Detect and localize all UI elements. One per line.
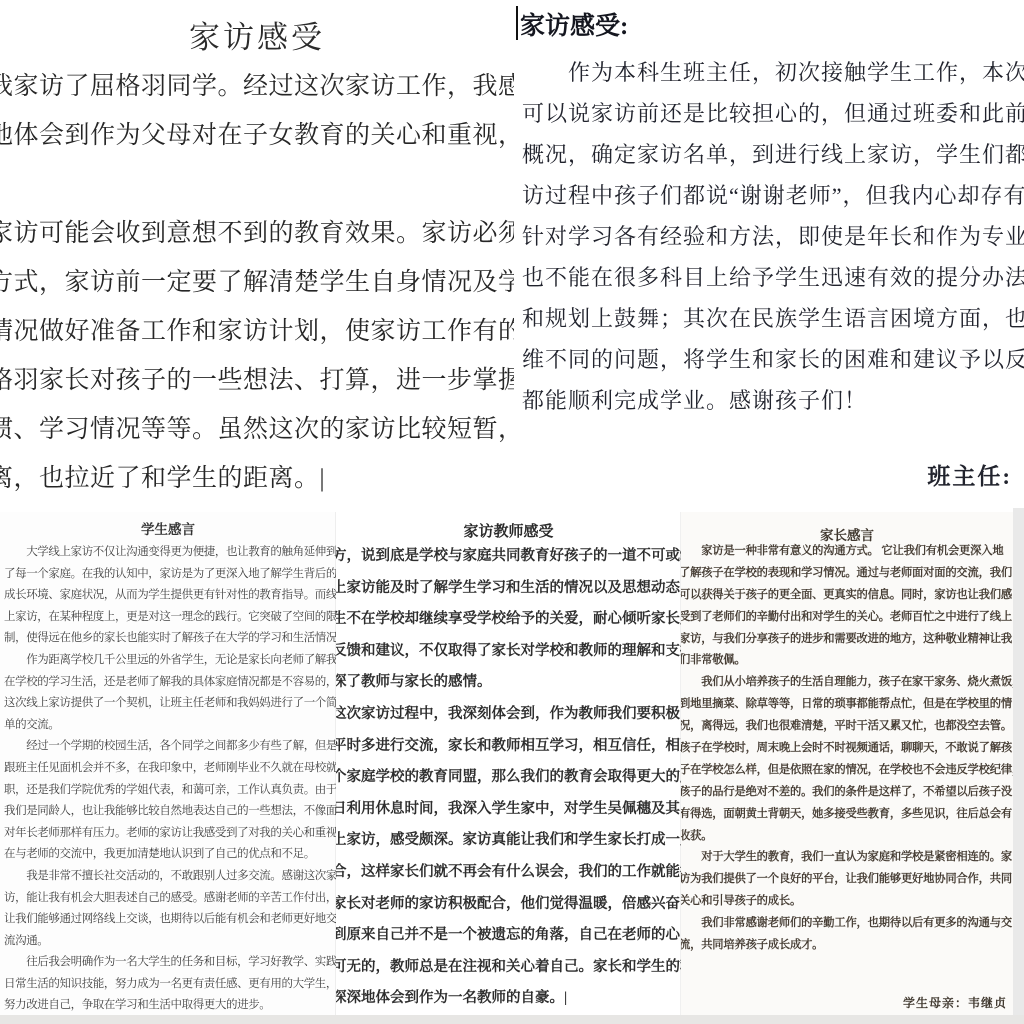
text-line: 努力改进自己，争取在学习和生活中取得更大的进步。 (4, 995, 336, 1017)
text-line: 流，共同培养孩子成长成才。 (681, 935, 1013, 957)
text-line: 我们从小培养孩子的生活自理能力，孩子在家干家务、烧火煮饭， (681, 672, 1013, 694)
bottom-edge-strip (0, 1015, 1024, 1024)
text-line: 让我们能够通过网络线上交谈，也期待以后能有机会和老师更好地交 (4, 909, 336, 931)
text-line: 可无的，教师总是在注视和关心着自己。家长和学生的积 (336, 952, 681, 984)
document-body: 大学线上家访不仅让沟通变得更为便捷，也让教育的触角延伸到了每一个家庭。在我的认知… (4, 542, 336, 1017)
text-line: 情况做好准备工作和家访计划，使家访工作有的 (0, 307, 514, 356)
right-edge-strip (1013, 508, 1024, 1024)
text-line: 生不在学校却继续享受学校给予的关爱，耐心倾听家长反 (336, 604, 681, 636)
text-line: 制，使得远在他乡的家长也能实时了解孩子在大学的学习和生活情况。 (4, 628, 336, 650)
text-line: 个家庭学校的教育同盟，那么我们的教育会取得更大的成 (336, 762, 681, 794)
text-line: 孩子在学校时，周末晚上会时不时视频通话，聊聊天，不敢说了解孩 (681, 738, 1013, 760)
text-line: 了每一个家庭。在我的认知中，家访是为了更深入地了解学生背后的 (4, 564, 336, 586)
text-line: 方式，家访前一定要了解清楚学生自身情况及学 (0, 258, 514, 307)
text-line: 我们是同龄人，也让我能够比较自然地表达自己的一些想法，不像面 (4, 801, 336, 823)
text-line: 有得选，面朝黄土背朝天，她多接受些教育，多些见识，往后总会有 (681, 804, 1013, 826)
text-line: 到地里摘菜、除草等等，日常的琐事都能帮点忙，但是在学校里的情 (681, 694, 1013, 716)
text-line: 经过一个学期的校园生活，各个同学之间都多少有些了解，但是 (4, 736, 336, 758)
text-line: 都能顺利完成学业。感谢孩子们！ (522, 380, 1024, 421)
text-line: 日利用休息时间，我深入学生家中，对学生吴佩穗及其 (336, 794, 681, 826)
text-line: 流沟通。 (4, 931, 336, 953)
text-line: 合，这样家长们就不再会有什么误会，我们的工作就能得 (336, 857, 681, 889)
text-line: 反馈和建议，不仅取得了家长对学校和教师的理解和支持 (336, 636, 681, 668)
text-line: 可以说家访前还是比较担心的，但通过班委和此前班会 (522, 93, 1024, 134)
signature-line: 班主任: (927, 458, 1012, 491)
text-line: 访为我们提供了一个良好的平台，让我们能够更好地协同合作，共同 (681, 869, 1013, 891)
text-line: 大学线上家访不仅让沟通变得更为便捷，也让教育的触角延伸到 (4, 542, 336, 564)
text-line: 收获。 (681, 826, 1013, 848)
text-line: 们非常敬佩。 (681, 650, 1013, 672)
document-heading: 家访感受: (520, 6, 628, 42)
text-line: 上家访，在某种程度上，更是对这一理念的践行。它突破了空间的限 (4, 607, 336, 629)
text-line: 这次线上家访提供了一个契机，让班主任老师和我妈妈进行了一个简 (4, 693, 336, 715)
text-line: 和规划上鼓舞；其次在民族学生语言困境方面，也确实 (522, 298, 1024, 339)
text-line: 访，能让我有机会大胆表述自己的感受。感谢老师的辛苦工作付出， (4, 888, 336, 910)
top-right-document[interactable]: 家访感受: 作为本科生班主任，初次接触学生工作，本次家访可以说家访前还是比较担心… (516, 0, 1024, 508)
document-body: 方，说到底是学校与家庭共同教育好孩子的一道不可或缺上家访能及时了解学生学习和生活… (336, 541, 681, 1015)
text-line: 我家访了屈格羽同学。经过这次家访工作，我感 (0, 62, 514, 111)
section-header: 学生感言 (0, 518, 336, 538)
text-line: 惯、学习情况等等。虽然这次的家访比较短暂， (0, 405, 514, 454)
text-line: 家访可能会收到意想不到的教育效果。家访必须 (0, 209, 514, 258)
text-line: 往后我会明确作为一名大学生的任务和目标，学习好教学、实践、 (4, 952, 336, 974)
text-line: 单的交流。 (4, 715, 336, 737)
document-body: 作为本科生班主任，初次接触学生工作，本次家访可以说家访前还是比较担心的，但通过班… (522, 52, 1024, 421)
text-line: 离，也拉近了和学生的距离。| (0, 454, 514, 503)
text-line: 针对学习各有经验和方法，即使是年长和作为专业课指 (522, 216, 1024, 257)
text-line: 受到了老师们的辛勤付出和对学生的关心。老师百忙之中进行了线上 (681, 607, 1013, 629)
text-line: 上家访能及时了解学生学习和生活的情况以及思想动态， (336, 573, 681, 605)
text-line: 深了教师与家长的感情。 (336, 667, 681, 699)
text-line: 格羽家长对孩子的一些想法、打算，进一步掌握 (0, 356, 514, 405)
text-line: 作为本科生班主任，初次接触学生工作，本次家访 (522, 52, 1024, 93)
parent-reflection-document[interactable]: 家长感言 家访是一种非常有意义的沟通方式。 它让我们有机会更深入地了解孩子在学校… (681, 512, 1013, 1024)
student-reflection-document[interactable]: 学生感言 大学线上家访不仅让沟通变得更为便捷，也让教育的触角延伸到了每一个家庭。… (0, 512, 336, 1024)
text-line: 了解孩子在学校的表现和学习情况。通过与老师面对面的交流，我们 (681, 563, 1013, 585)
document-body: 家访是一种非常有意义的沟通方式。 它让我们有机会更深入地了解孩子在学校的表现和学… (681, 541, 1013, 957)
text-cursor (516, 6, 518, 40)
text-line: 家访，与我们分享孩子的进步和需要改进的地方，这种敬业精神让我 (681, 629, 1013, 651)
text-line: 孩子的品行是绝对不差的。我们的条件是这样了，不希望以后孩子没 (681, 782, 1013, 804)
column-divider (680, 512, 681, 1024)
text-line: 子在学校怎么样，但是依照在家的情况，在学校也不会违反学校纪律， (681, 760, 1013, 782)
text-line: 对于大学生的教育，我们一直认为家庭和学校是紧密相连的。家 (681, 847, 1013, 869)
text-line: 对年长老师那样有压力。老师的家访让我感受到了对我的关心和重视。 (4, 823, 336, 845)
text-line: 职，还是我们学院优秀的学姐代表，和蔼可亲，工作认真负责。由于 (4, 780, 336, 802)
text-line: 到原来自己并不是一个被遗忘的角落，自己在老师的心 (336, 920, 681, 952)
document-body: 我家访了屈格羽同学。经过这次家访工作，我感地体会到作为父母对在子女教育的关心和重… (0, 62, 514, 503)
top-left-document[interactable]: 家访感受 我家访了屈格羽同学。经过这次家访工作，我感地体会到作为父母对在子女教育… (0, 0, 514, 508)
text-line: 关心和引导孩子的成长。 (681, 891, 1013, 913)
text-line: 深深地体会到作为一名教师的自豪。| (336, 983, 681, 1015)
text-line: 上家访，感受颇深。家访真能让我们和学生家长打成一片 (336, 825, 681, 857)
text-line: 日常生活的知识技能，努力成为一名更有责任感、更有用的大学生， (4, 974, 336, 996)
text-line: 跟班主任见面机会并不多，在我印象中，老师刚毕业不久就在母校就 (4, 758, 336, 780)
teacher-reflection-document[interactable]: 家访教师感受 方，说到底是学校与家庭共同教育好孩子的一道不可或缺上家访能及时了解… (336, 512, 681, 1024)
document-title: 家访感受 (0, 12, 514, 57)
text-line: 我是非常不擅长社交活动的，不敢跟别人过多交流。感谢这次家 (4, 866, 336, 888)
signature-line: 学生母亲：韦继贞 (903, 994, 1007, 1011)
text-line: 成长环境、家庭状况，从而为学生提供更有针对性的教育指导。而线 (4, 585, 336, 607)
section-header: 家访教师感受 (336, 520, 681, 541)
text-line: 在学校的学习生活，还是老师了解我的具体家庭情况都是不容易的， (4, 672, 336, 694)
text-line: 方，说到底是学校与家庭共同教育好孩子的一道不可或缺 (336, 541, 681, 573)
column-divider (335, 512, 336, 1024)
text-line: 家访是一种非常有意义的沟通方式。 它让我们有机会更深入地 (681, 541, 1013, 563)
text-line: 况，离得远，我们也很难清楚，平时干活又累又忙，也都没空去管。 (681, 716, 1013, 738)
text-line: 地体会到作为父母对在子女教育的关心和重视， (0, 111, 514, 160)
text-line: 访过程中孩子们都说“谢谢老师”，但我内心却存有愧 (522, 175, 1024, 216)
text-line: 在与老师的交流中，我更加清楚地认识到了自己的优点和不足。 (4, 844, 336, 866)
text-line: 这次家访过程中，我深刻体会到，作为教师我们要积极的 (336, 699, 681, 731)
text-line: 平时多进行交流，家长和教师相互学习，相互信任，相互 (336, 731, 681, 763)
text-line: 也不能在很多科目上给予学生迅速有效的提分办法，更 (522, 257, 1024, 298)
text-line: 维不同的问题，将学生和家长的困难和建议予以反馈， (522, 339, 1024, 380)
text-line: 作为距离学校几千公里远的外省学生，无论是家长向老师了解我 (4, 650, 336, 672)
text-line: 家长对老师的家访积极配合，他们觉得温暖，倍感兴奋 (336, 889, 681, 921)
text-line: 可以获得关于孩子的更全面、更真实的信息。同时，家访也让我们感 (681, 585, 1013, 607)
text-line: 概况，确定家访名单，到进行线上家访，学生们都非常 (522, 134, 1024, 175)
text-line: 我们非常感谢老师们的辛勤工作，也期待以后有更多的沟通与交 (681, 913, 1013, 935)
screenshot-collage: 家访感受 我家访了屈格羽同学。经过这次家访工作，我感地体会到作为父母对在子女教育… (0, 0, 1024, 1024)
text-line (0, 160, 514, 209)
